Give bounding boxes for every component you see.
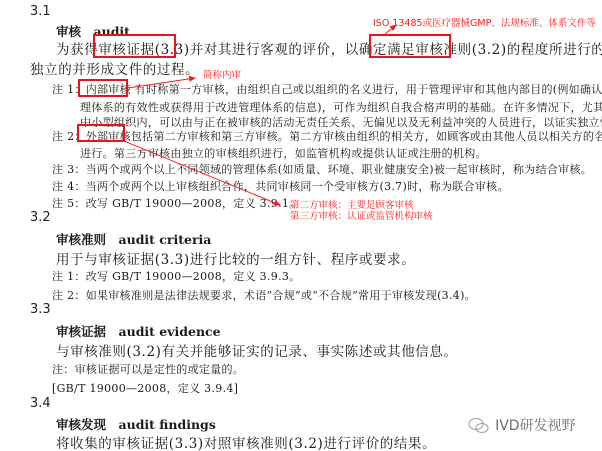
annotation-arrows [0,0,602,451]
annotation-third-party-audit: 第三方审核：认证或监管机构审核 [290,211,433,222]
annotation-internal-audit: 简称内审 [203,70,241,81]
watermark-text: IVD研发视野 [495,418,576,434]
wechat-icon [468,417,490,435]
annotation-audit-criteria: ISO 13485或医疗器械GMP、法规标准、体系文件等 [373,18,596,29]
watermark: IVD研发视野 [468,415,576,435]
annotation-second-party-audit: 第二方审核：主要是顾客审核 [290,200,414,211]
